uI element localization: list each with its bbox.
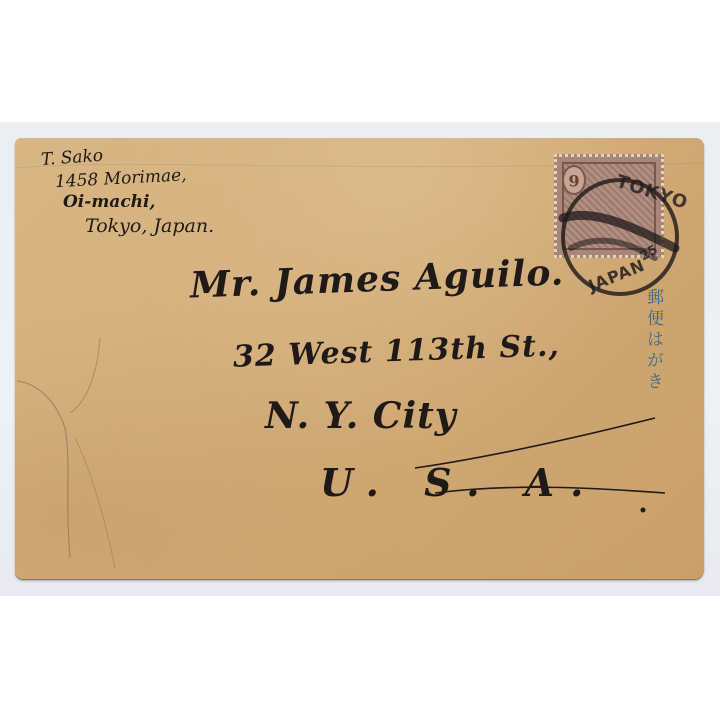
postcard: T. Sako 1458 Morimae, Oi-machi, Tokyo, J… bbox=[15, 138, 704, 579]
handwriting-flourishes bbox=[15, 138, 704, 579]
